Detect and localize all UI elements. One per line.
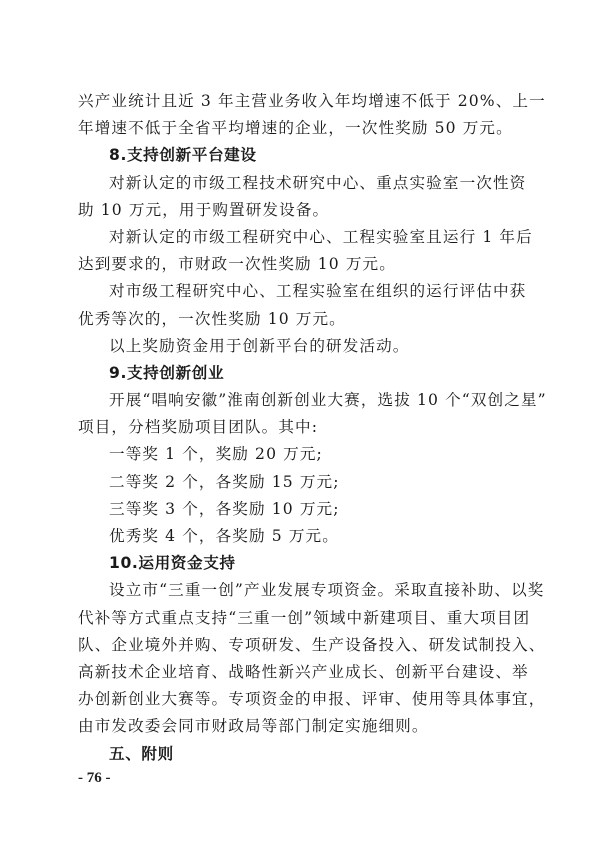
body-text-line: 项目，分档奖励项目团队。其中: bbox=[78, 414, 524, 441]
body-text-line: 优秀等次的，一次性奖励 10 万元。 bbox=[78, 306, 524, 333]
document-page: 兴产业统计且近 3 年主营业务收入年均增速不低于 20%、上一 年增速不低于全省… bbox=[78, 88, 524, 768]
section-heading-9: 9.支持创新创业 bbox=[78, 360, 524, 387]
section-heading-10: 10.运用资金支持 bbox=[78, 550, 524, 577]
body-text-line: 年增速不低于全省平均增速的企业，一次性奖励 50 万元。 bbox=[78, 115, 524, 142]
body-text-line: 助 10 万元，用于购置研发设备。 bbox=[78, 197, 524, 224]
page-number: - 76 - bbox=[78, 770, 111, 787]
body-text-line: 设立市“三重一创”产业发展专项资金。采取直接补助、以奖 bbox=[78, 577, 524, 604]
body-text-line: 兴产业统计且近 3 年主营业务收入年均增速不低于 20%、上一 bbox=[78, 88, 524, 115]
award-item-second: 二等奖 2 个，各奖励 15 万元; bbox=[78, 469, 524, 496]
body-text-line: 对市级工程研究中心、工程实验室在组织的运行评估中获 bbox=[78, 278, 524, 305]
body-text-line: 开展“唱响安徽”淮南创新创业大赛，选拔 10 个“双创之星” bbox=[78, 387, 524, 414]
award-item-first: 一等奖 1 个，奖励 20 万元; bbox=[78, 441, 524, 468]
section-heading-8: 8.支持创新平台建设 bbox=[78, 142, 524, 169]
body-text-line: 对新认定的市级工程技术研究中心、重点实验室一次性资 bbox=[78, 170, 524, 197]
award-item-excellence: 优秀奖 4 个，各奖励 5 万元。 bbox=[78, 523, 524, 550]
body-text-line: 代补等方式重点支持“三重一创”领域中新建项目、重大项目团 bbox=[78, 605, 524, 632]
body-text-line: 队、企业境外并购、专项研发、生产设备投入、研发试制投入、 bbox=[78, 632, 524, 659]
body-text-line: 对新认定的市级工程研究中心、工程实验室且运行 1 年后 bbox=[78, 224, 524, 251]
body-text-line: 高新技术企业培育、战略性新兴产业成长、创新平台建设、举 bbox=[78, 659, 524, 686]
chapter-heading-appendix: 五、附则 bbox=[78, 741, 524, 768]
award-item-third: 三等奖 3 个，各奖励 10 万元; bbox=[78, 496, 524, 523]
body-text-line: 由市发改委会同市财政局等部门制定实施细则。 bbox=[78, 713, 524, 740]
body-text-line: 办创新创业大赛等。专项资金的申报、评审、使用等具体事宜， bbox=[78, 686, 524, 713]
body-text-line: 以上奖励资金用于创新平台的研发活动。 bbox=[78, 333, 524, 360]
body-text-line: 达到要求的，市财政一次性奖励 10 万元。 bbox=[78, 251, 524, 278]
